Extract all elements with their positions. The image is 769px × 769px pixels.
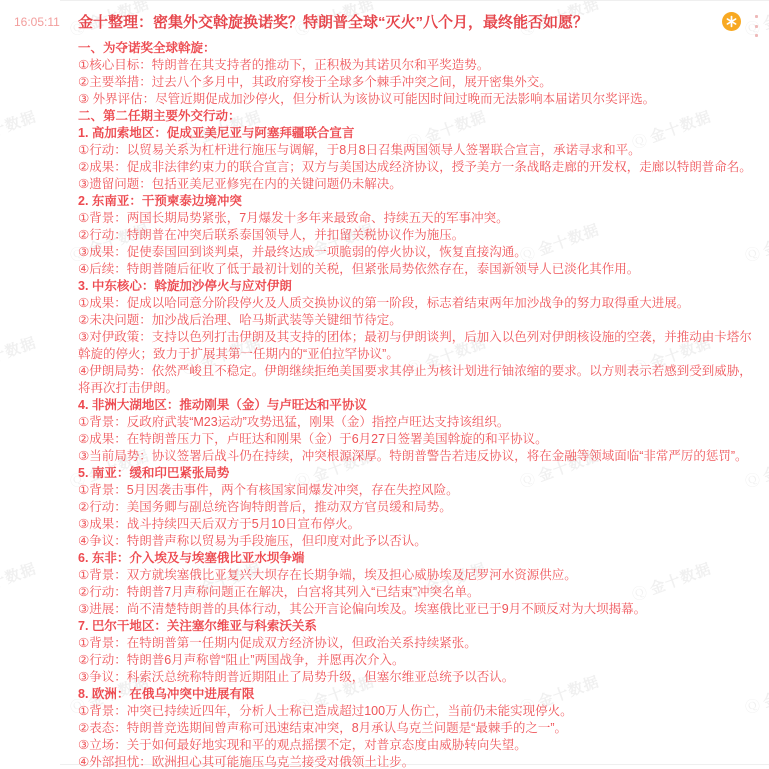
content-line: ①背景：两国长期局势紧张，7月爆发十多年来最致命、持续五天的军事冲突。 [78,210,755,227]
section-heading: 一、为夺诺奖全球斡旋： [78,40,755,57]
section-heading: 2. 东南亚：干预柬泰边境冲突 [78,193,755,210]
content-line: ③进展：尚不清楚特朗普的具体行动，其公开言论偏向埃及。埃塞俄比亚已于9月不顾反对… [78,601,755,618]
content-line: ②行动：特朗普在冲突后联系泰国领导人，并扣留关税协议作为施压。 [78,227,755,244]
content-line: ②未决问题：加沙战后治理、哈马斯武装等关键细节待定。 [78,312,755,329]
jin10-watermark-text: 金十数据 [761,0,769,33]
content-line: ③当前局势：协议签署后战斗仍在持续，冲突根源深厚。特朗普警告若违反协议，将在金融… [78,448,755,465]
section-heading: 7. 巴尔干地区：关注塞尔维亚与科索沃关系 [78,618,755,635]
jin10-watermark-text: 金十数据 [761,221,769,259]
dot [755,34,758,37]
jin10-watermark-text: 金十数据 [761,673,769,711]
content-line: ①背景：5月因袭击事件，两个有核国家间爆发冲突，存在失控风险。 [78,482,755,499]
content-line: ①背景：冲突已持续近四年，分析人士称已造成超过100万人伤亡，当前仍未能实现停火… [78,703,755,720]
jin10-watermark: Ⓠ金十数据 [0,331,39,379]
content-line: ③遗留问题：包括亚美尼亚修宪在内的关键问题仍未解决。 [78,176,755,193]
content-line: ④后续：特朗普随后征收了低于最初计划的关税，但紧张局势依然存在，泰国新领导人已淡… [78,261,755,278]
content-line: ②行动：美国务卿与副总统咨询特朗普后，推动双方官员缓和局势。 [78,499,755,516]
content-line: ①背景：在特朗普第一任期内促成双方经济协议，但政治关系持续紧张。 [78,635,755,652]
section-heading: 1. 高加索地区：促成亚美尼亚与阿塞拜疆联合宣言 [78,125,755,142]
article-title: 金十整理：密集外交斡旋换诺奖？特朗普全球“灭火”八个月，最终能否如愿？ [78,12,708,33]
content-line: ②行动：特朗普7月声称问题正在解决，白宫将其列入“已结束”冲突名单。 [78,584,755,601]
article-body: 一、为夺诺奖全球斡旋：①核心目标：特朗普在其支持者的推动下，正积极为其诺贝尔和平… [78,40,755,769]
section-heading: 二、第二任期主要外交行动： [78,108,755,125]
content-line: ①成果：促成以哈同意分阶段停火及人质交换协议的第一阶段，标志着结束两年加沙战争的… [78,295,755,312]
jin10-watermark: Ⓠ金十数据 [0,557,39,605]
jin10-watermark-text: 金十数据 [0,108,39,146]
content-line: ②行动：特朗普6月声称曾“阻止”两国战争，并愿再次介入。 [78,652,755,669]
content-line: ①核心目标：特朗普在其支持者的推动下，正积极为其诺贝尔和平奖造势。 [78,57,755,74]
section-heading: 4. 非洲大湖地区：推动刚果（金）与卢旺达和平协议 [78,397,755,414]
dot [755,15,758,18]
content-line: ②成果：促成非法律约束力的联合宣言；双方与美国达成经济协议，授予美方一条战略走廊… [78,159,755,176]
content-line: ③成果：促使泰国回到谈判桌，并最终达成一项脆弱的停火协议，恢复直接沟通。 [78,244,755,261]
jin10-watermark-text: 金十数据 [0,334,39,372]
timestamp: 16:05:11 [14,15,60,29]
content-line: ④争议：特朗普声称以贸易为手段施压，但印度对此予以否认。 [78,533,755,550]
content-line: ①背景：反政府武装“M23运动”攻势迅猛，刚果（金）指控卢旺达支持该组织。 [78,414,755,431]
content-line: ④外部担忧：欧洲担心其可能施压乌克兰接受对俄领土让步。 [78,754,755,769]
jin10-logo-icon [722,12,741,31]
jin10-watermark-text: 金十数据 [0,560,39,598]
more-options-button[interactable] [751,14,761,38]
dot [755,25,758,28]
section-heading: 8. 欧洲：在俄乌冲突中进展有限 [78,686,755,703]
jin10-watermark: Ⓠ金十数据 [0,105,39,153]
content-line: ②成果：在特朗普压力下，卢旺达和刚果（金）于6月27日签署美国斡旋的和平协议。 [78,431,755,448]
content-line: ②主要举措：过去八个多月中，其政府穿梭于全球多个棘手冲突之间，展开密集外交。 [78,74,755,91]
content-line: ③对伊政策：支持以色列打击伊朗及其支持的团体；最初与伊朗谈判，后加入以色列对伊朗… [78,329,755,363]
section-heading: 3. 中东核心：斡旋加沙停火与应对伊朗 [78,278,755,295]
content-line: ①行动：以贸易关系为杠杆进行施压与调解，于8月8日召集两国领导人签署联合宣言，承… [78,142,755,159]
content-line: ③立场：关于如何最好地实现和平的观点摇摆不定，对普京态度由威胁转向失望。 [78,737,755,754]
content-line: ③成果：战斗持续四天后双方于5月10日宣布停火。 [78,516,755,533]
content-line: ③ 外界评估：尽管近期促成加沙停火，但分析认为该协议可能因时间过晚而无法影响本届… [78,91,755,108]
content-line: ②表态：特朗普竞选期间曾声称可迅速结束冲突，8月承认乌克兰问题是“最棘手的之一”… [78,720,755,737]
jin10-watermark-text: 金十数据 [761,447,769,485]
section-heading: 5. 南亚：缓和印巴紧张局势 [78,465,755,482]
content-line: ③争议：科索沃总统称特朗普近期阻止了局势升级，但塞尔维亚总统予以否认。 [78,669,755,686]
content-line: ①背景：双方就埃塞俄比亚复兴大坝存在长期争端，埃及担心威胁埃及尼罗河水资源供应。 [78,567,755,584]
news-flash-article: Ⓠ金十数据Ⓠ金十数据Ⓠ金十数据Ⓠ金十数据Ⓠ金十数据Ⓠ金十数据Ⓠ金十数据Ⓠ金十数据… [0,0,769,769]
content-line: ④伊朗局势：依然严峻且不稳定。伊朗继续拒绝美国要求其停止为核计划进行铀浓缩的要求… [78,363,755,397]
section-heading: 6. 东非：介入埃及与埃塞俄比亚水坝争端 [78,550,755,567]
top-divider [60,0,769,1]
